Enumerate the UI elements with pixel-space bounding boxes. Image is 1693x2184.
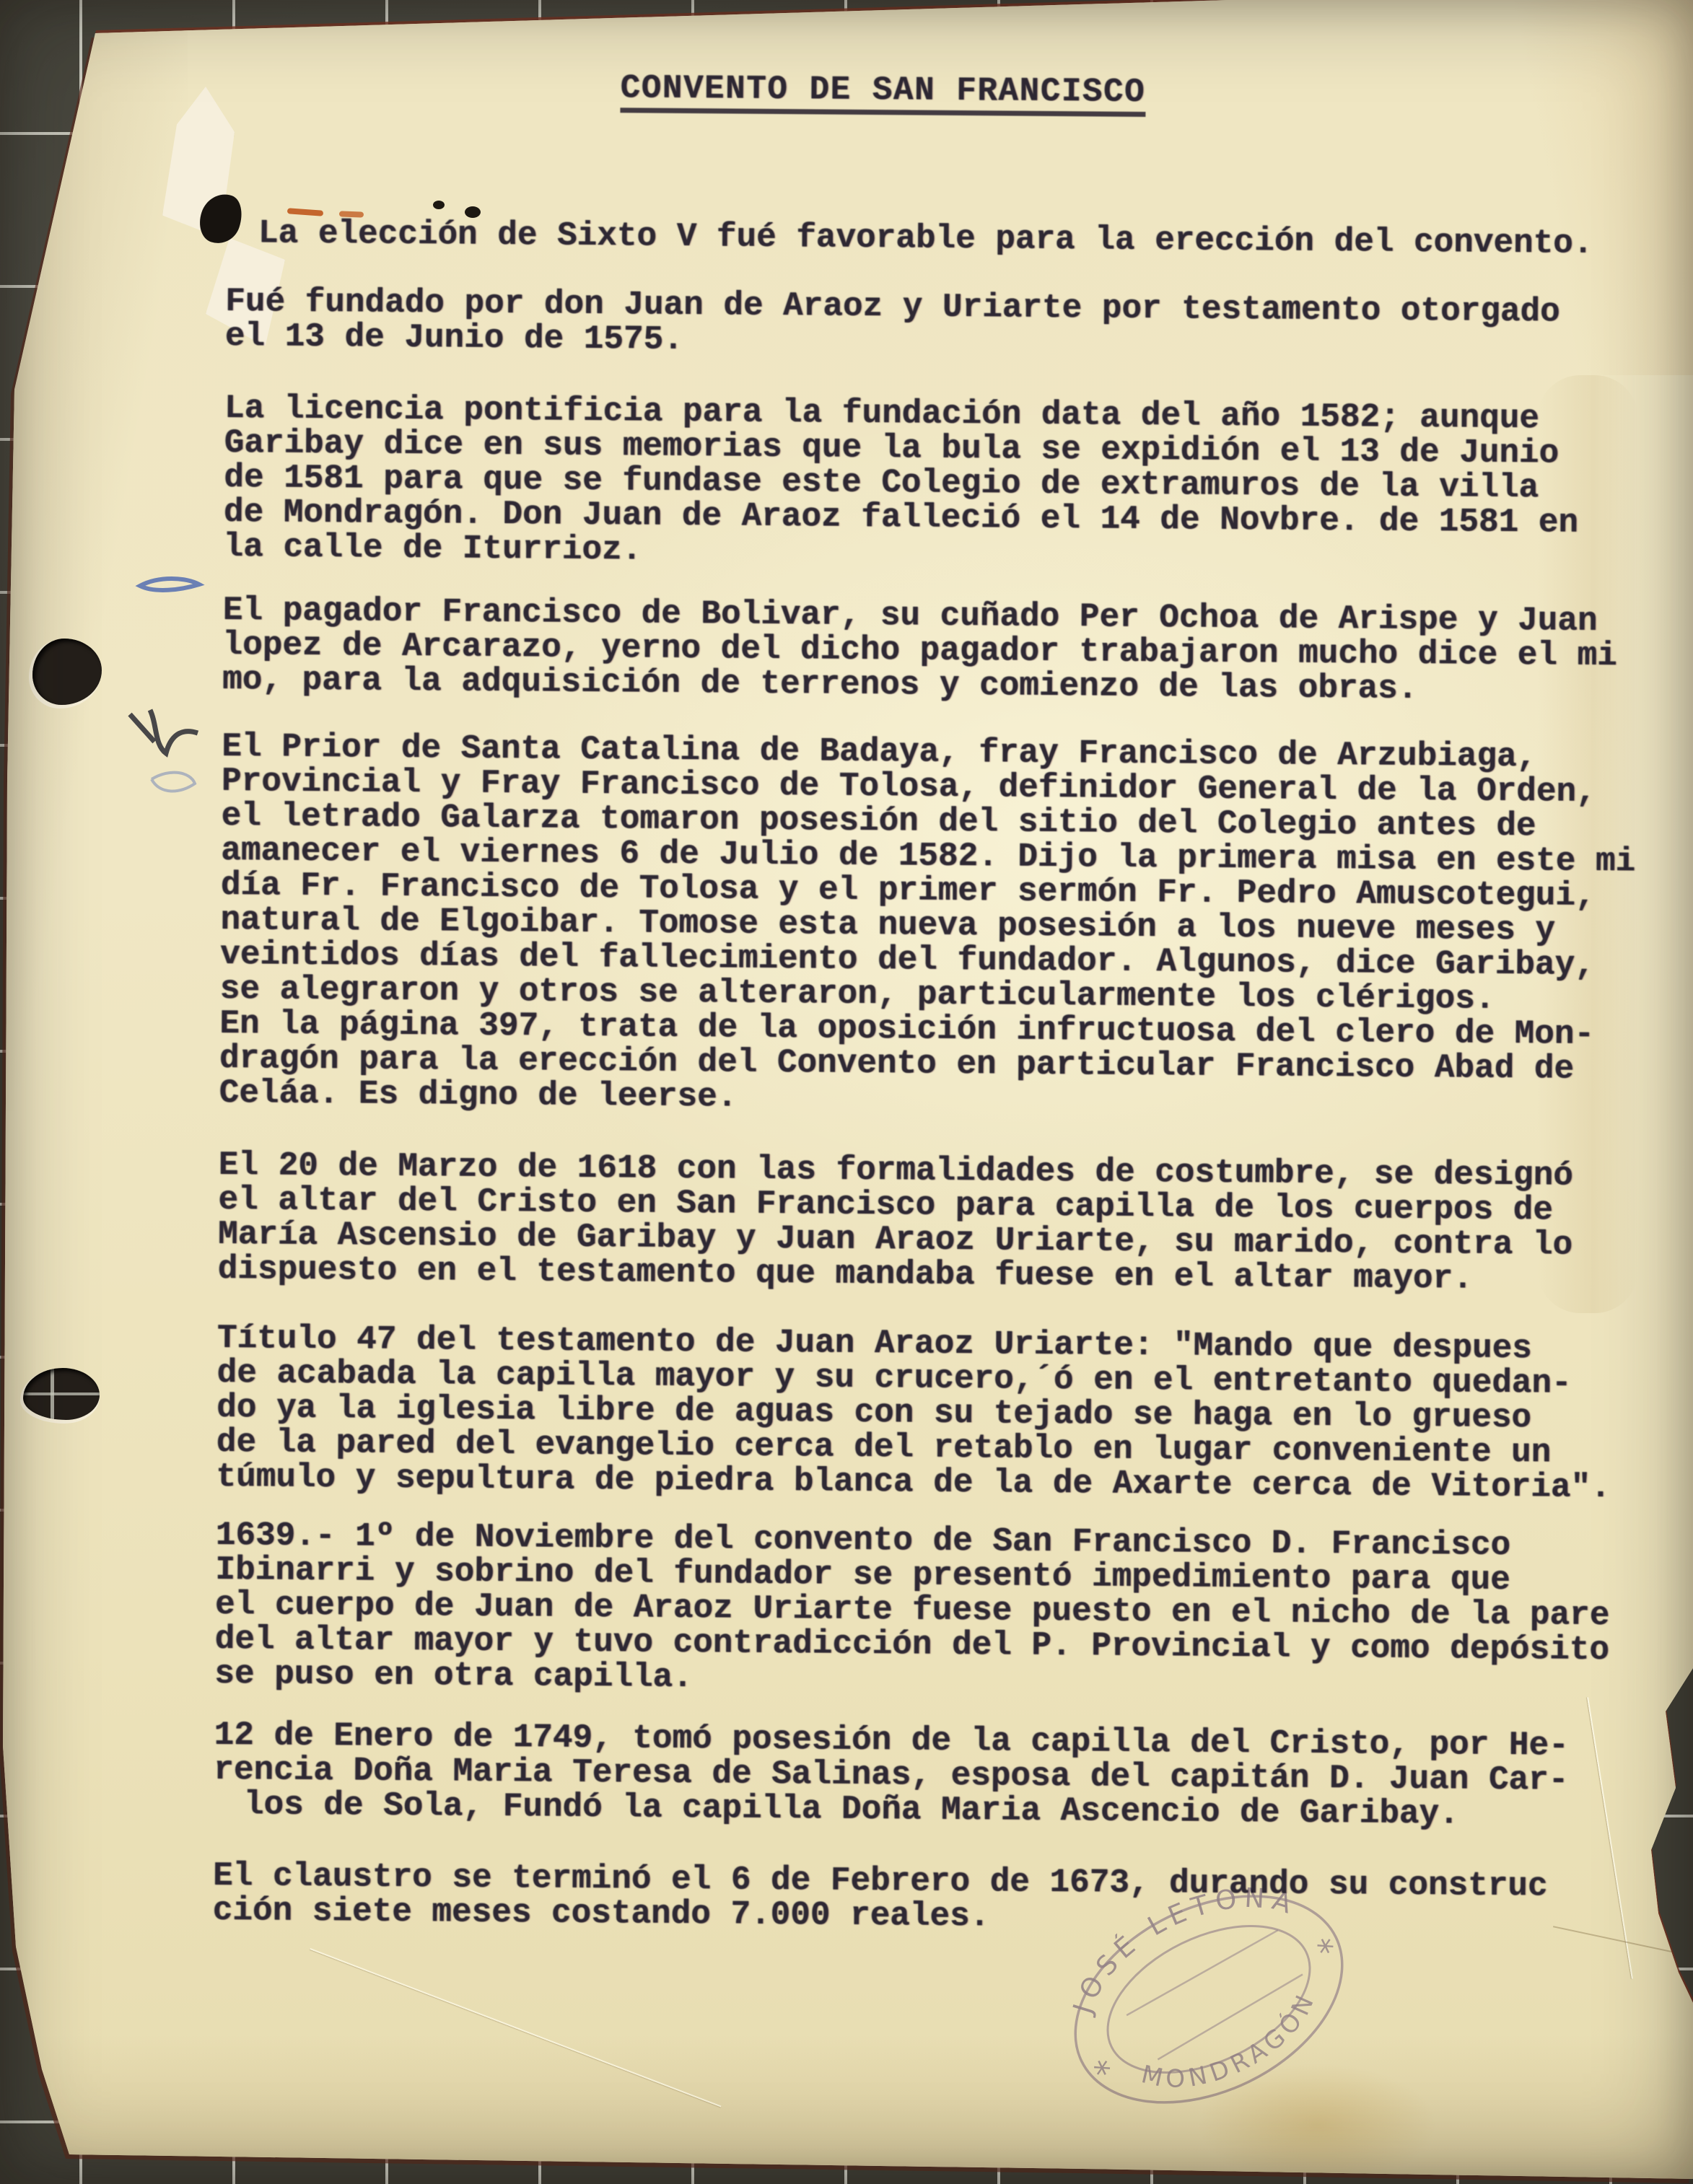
paragraph-2: Fué fundado por don Juan de Araoz y Uria…	[225, 284, 1560, 364]
paragraph-9: 12 de Enero de 1749, tomó posesión de la…	[214, 1718, 1569, 1833]
stamp-asterisk-right: *	[1312, 1930, 1344, 1973]
svg-text:MONDRAGÓN: MONDRAGÓN	[1129, 1978, 1338, 2121]
punch-hole	[23, 1368, 100, 1420]
paragraph-3: La licencia pontificia para la fundación…	[223, 391, 1579, 575]
right-corner-fold-crease	[1587, 1697, 1633, 1978]
stamp-asterisk-left: *	[1088, 2051, 1120, 2094]
paragraph-4: El pagador Francisco de Bolivar, su cuña…	[222, 593, 1617, 708]
bottom-left-crease	[310, 1948, 721, 2107]
paragraph-8: 1639.- 1º de Noviembre del convento de S…	[214, 1518, 1610, 1702]
oval-rubber-stamp: JOSÉ LETONA MONDRAGÓN * *	[1050, 1874, 1368, 2124]
scanned-document-photo: CONVENTO DE SAN FRANCISCO La elección de…	[0, 0, 1693, 2184]
ink-dot	[433, 201, 445, 209]
stamp-town-text: MONDRAGÓN	[1129, 1978, 1338, 2121]
paragraph-6: El 20 de Marzo de 1618 con las formalida…	[218, 1148, 1574, 1297]
document-title: CONVENTO DE SAN FRANCISCO	[620, 71, 1145, 117]
paragraph-7: Título 47 del testamento de Juan Araoz U…	[216, 1321, 1611, 1505]
paragraph-5: El Prior de Santa Catalina de Badaya, fr…	[219, 729, 1637, 1121]
